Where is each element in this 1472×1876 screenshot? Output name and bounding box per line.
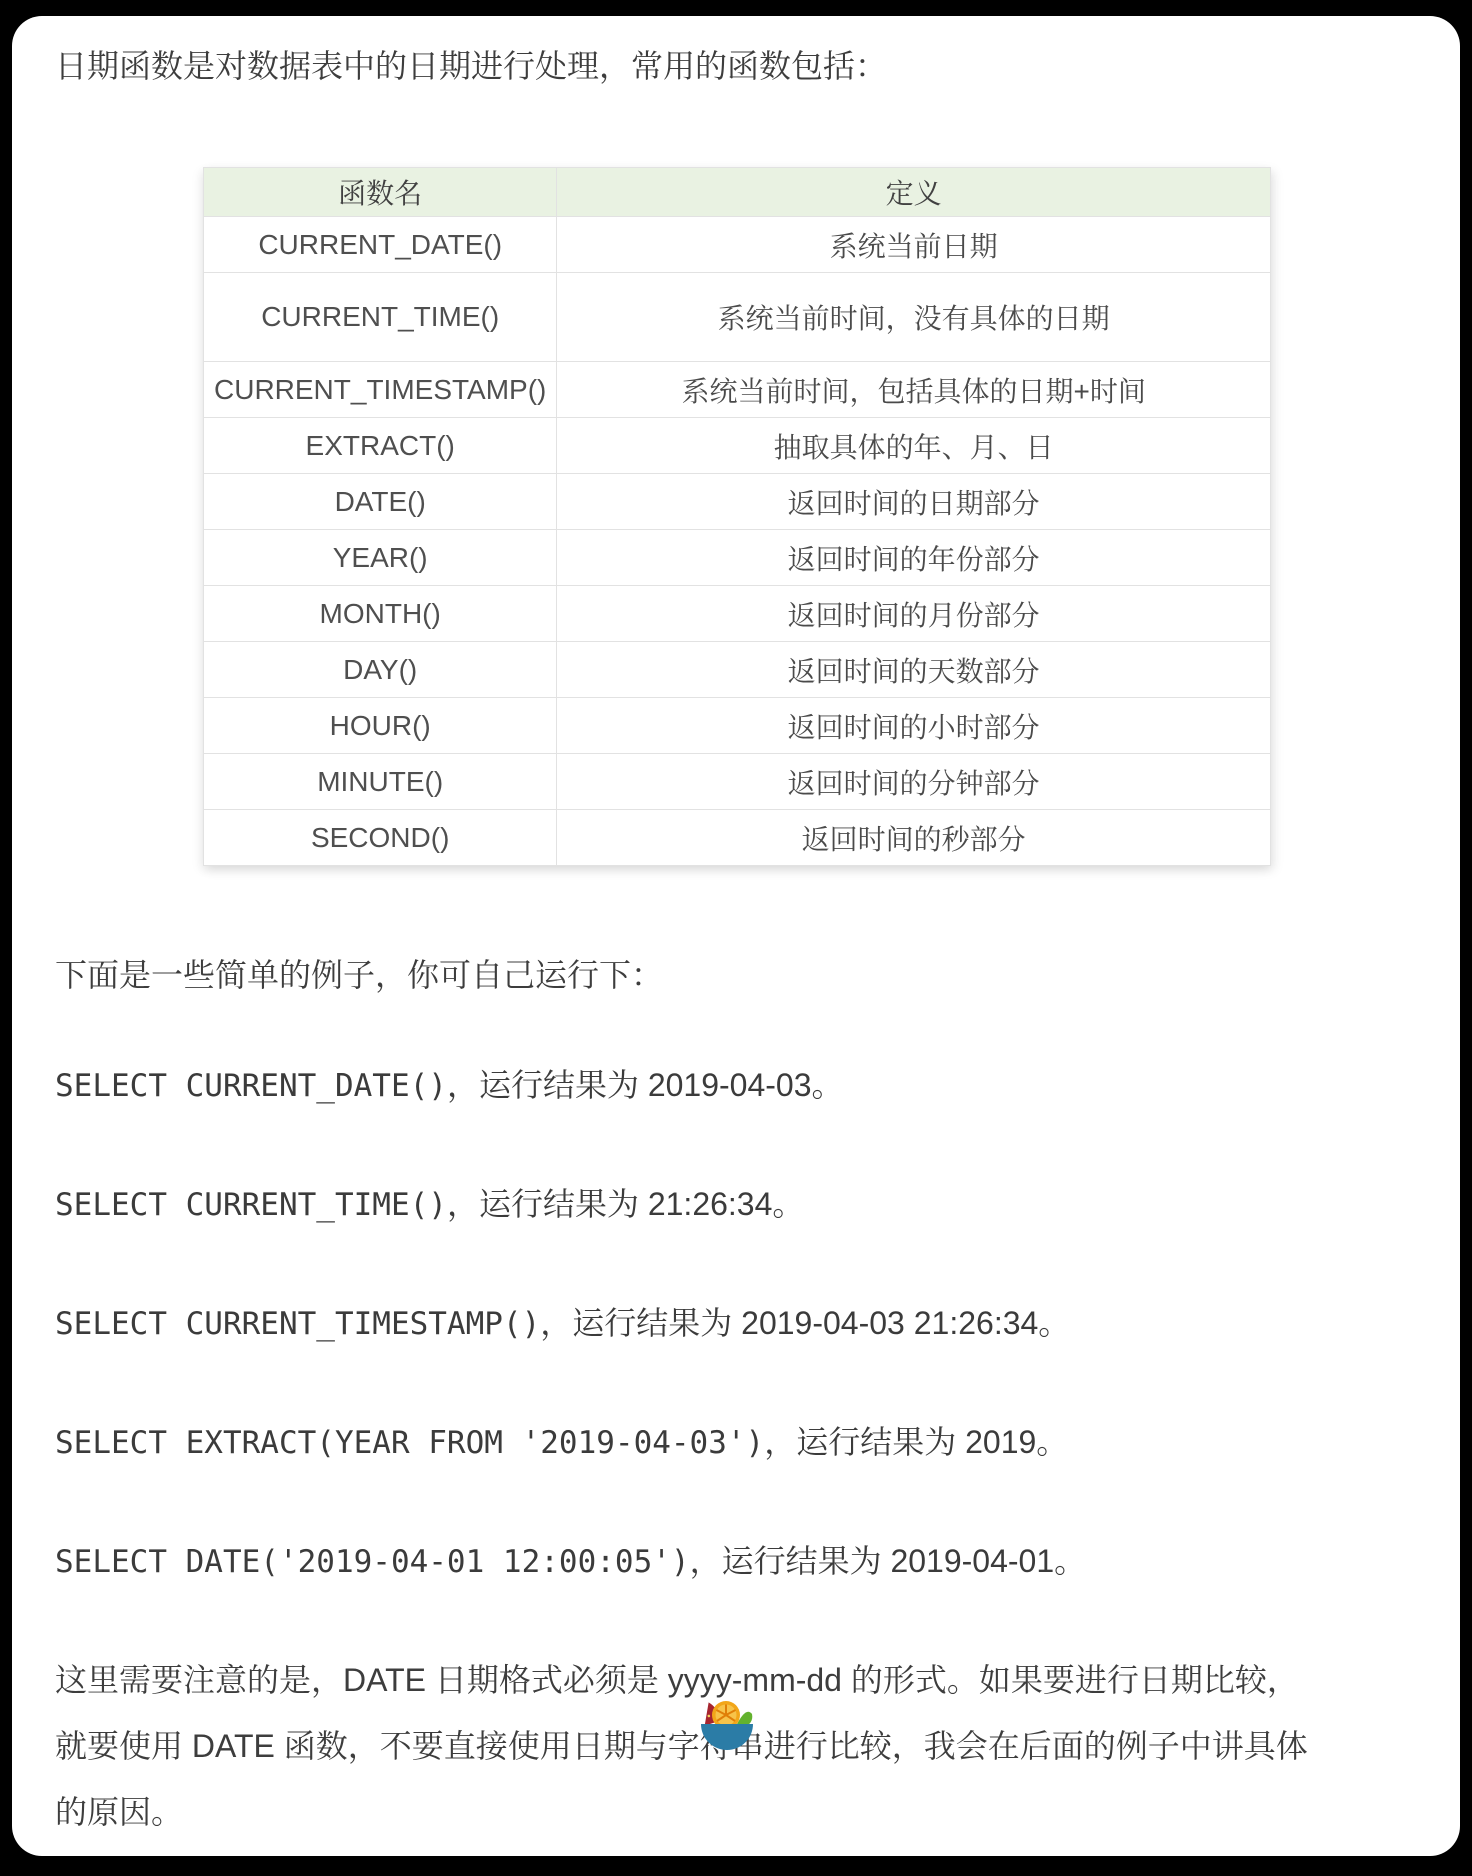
sql-examples-list: SELECT CURRENT_DATE()，运行结果为 2019-04-03。 … [55,1062,1086,1657]
table-row: DAY() 返回时间的天数部分 [204,642,1271,698]
function-name-cell: SECOND() [204,810,557,866]
function-name-cell: MINUTE() [204,754,557,810]
sql-result-text: ，运行结果为 2019-04-01。 [690,1543,1087,1579]
function-name-cell: DATE() [204,474,557,530]
definition-cell: 返回时间的年份部分 [557,530,1271,586]
function-name-cell: EXTRACT() [204,418,557,474]
function-name-cell: MONTH() [204,586,557,642]
function-name-cell: HOUR() [204,698,557,754]
table-row: CURRENT_TIME() 系统当前时间，没有具体的日期 [204,273,1271,362]
page-background: 日期函数是对数据表中的日期进行处理，常用的函数包括： 函数名 定义 [0,0,1472,1876]
sql-statement: SELECT DATE('2019-04-01 12:00:05') [55,1544,690,1580]
sql-result-text: ，运行结果为 2019。 [764,1424,1068,1460]
table-header-row: 函数名 定义 [204,168,1271,217]
table-row: HOUR() 返回时间的小时部分 [204,698,1271,754]
function-name-cell: YEAR() [204,530,557,586]
sql-result-text: ，运行结果为 2019-04-03。 [447,1067,844,1103]
date-functions-table: 函数名 定义 CURRENT_DATE() 系统当前日期 CURRENT_TIM… [203,167,1271,866]
function-name-cell: CURRENT_DATE() [204,217,557,273]
sql-result-text: ，运行结果为 2019-04-03 21:26:34。 [540,1305,1070,1341]
table-row: EXTRACT() 抽取具体的年、月、日 [204,418,1271,474]
note-line: 的原因。 [55,1779,1445,1845]
table-row: YEAR() 返回时间的年份部分 [204,530,1271,586]
table-row: CURRENT_TIMESTAMP() 系统当前时间，包括具体的日期+时间 [204,362,1271,418]
intro-paragraph: 日期函数是对数据表中的日期进行处理，常用的函数包括： [55,43,887,89]
function-name-cell: DAY() [204,642,557,698]
table-row: SECOND() 返回时间的秒部分 [204,810,1271,866]
definition-cell: 返回时间的分钟部分 [557,754,1271,810]
table-header-definition: 定义 [557,168,1271,217]
sql-example-line: SELECT CURRENT_TIME()，运行结果为 21:26:34。 [55,1181,1086,1227]
sql-example-line: SELECT EXTRACT(YEAR FROM '2019-04-03')，运… [55,1419,1086,1465]
definition-cell: 系统当前时间，包括具体的日期+时间 [557,362,1271,418]
table-row: MONTH() 返回时间的月份部分 [204,586,1271,642]
definition-cell: 返回时间的小时部分 [557,698,1271,754]
definition-cell: 返回时间的日期部分 [557,474,1271,530]
definition-cell: 系统当前时间，没有具体的日期 [557,273,1271,362]
table-header-function-name: 函数名 [204,168,557,217]
sql-example-line: SELECT DATE('2019-04-01 12:00:05')，运行结果为… [55,1538,1086,1584]
sql-statement: SELECT CURRENT_DATE() [55,1068,447,1104]
sql-statement: SELECT CURRENT_TIMESTAMP() [55,1306,540,1342]
table-row: DATE() 返回时间的日期部分 [204,474,1271,530]
fruit-bowl-icon [698,1698,756,1756]
examples-intro-paragraph: 下面是一些简单的例子，你可自己运行下： [55,952,663,998]
sql-example-line: SELECT CURRENT_DATE()，运行结果为 2019-04-03。 [55,1062,1086,1108]
date-functions-table-wrapper: 函数名 定义 CURRENT_DATE() 系统当前日期 CURRENT_TIM… [203,167,1271,866]
sql-result-text: ，运行结果为 21:26:34。 [447,1186,804,1222]
content-card: 日期函数是对数据表中的日期进行处理，常用的函数包括： 函数名 定义 [12,16,1460,1856]
definition-cell: 返回时间的秒部分 [557,810,1271,866]
definition-cell: 返回时间的天数部分 [557,642,1271,698]
definition-cell: 系统当前日期 [557,217,1271,273]
sql-statement: SELECT CURRENT_TIME() [55,1187,447,1223]
definition-cell: 抽取具体的年、月、日 [557,418,1271,474]
sql-example-line: SELECT CURRENT_TIMESTAMP()，运行结果为 2019-04… [55,1300,1086,1346]
function-name-cell: CURRENT_TIMESTAMP() [204,362,557,418]
table-row: MINUTE() 返回时间的分钟部分 [204,754,1271,810]
sql-statement: SELECT EXTRACT(YEAR FROM '2019-04-03') [55,1425,764,1461]
definition-cell: 返回时间的月份部分 [557,586,1271,642]
table-row: CURRENT_DATE() 系统当前日期 [204,217,1271,273]
function-name-cell: CURRENT_TIME() [204,273,557,362]
